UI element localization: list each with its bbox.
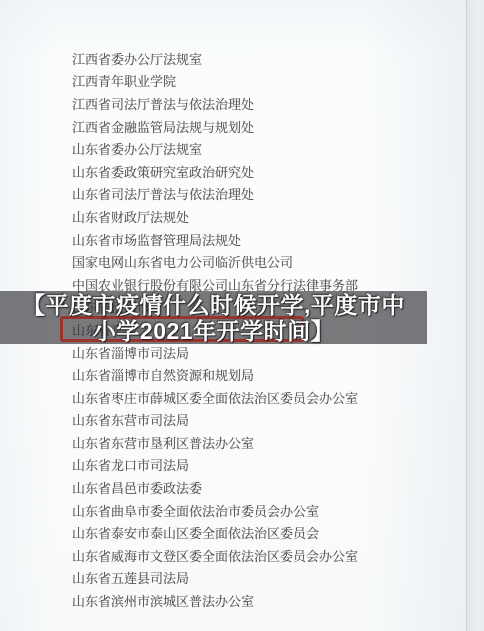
list-item: 山东省龙口市司法局 bbox=[72, 454, 452, 477]
list-item: 江西省司法厅普法与依法治理处 bbox=[72, 92, 452, 115]
list-item: 山东省昌邑市委政法委 bbox=[72, 476, 452, 499]
list-item: 山东省枣庄市薛城区委全面依法治区委员会办公室 bbox=[72, 386, 452, 409]
list-item: 山东省司法厅普法与依法治理处 bbox=[72, 183, 452, 206]
list-item: 山东省泰安市泰山区委全面依法治区委员会 bbox=[72, 521, 452, 544]
page-right-edge bbox=[466, 0, 484, 631]
list-item: 国家电网山东省电力公司临沂供电公司 bbox=[72, 250, 452, 273]
list-item: 江西省委办公厅法规室 bbox=[72, 47, 452, 70]
document-photo: 江西省委办公厅法规室江西青年职业学院江西省司法厅普法与依法治理处江西省金融监管局… bbox=[0, 0, 484, 631]
list-item: 山东省淄博市自然资源和规划局 bbox=[72, 363, 452, 386]
caption-line-1: 【平度市疫情什么时候开学,平度市中 bbox=[0, 292, 427, 318]
caption-overlay: 【平度市疫情什么时候开学,平度市中 小学2021年开学时间】 bbox=[0, 291, 427, 344]
list-item: 江西青年职业学院 bbox=[72, 70, 452, 93]
list-item: 山东省财政厅法规处 bbox=[72, 205, 452, 228]
list-item: 山东省曲阜市委全面依法治市委员会办公室 bbox=[72, 499, 452, 522]
list-item: 山东省东营市垦利区普法办公室 bbox=[72, 431, 452, 454]
list-item: 山东省滨州市滨城区普法办公室 bbox=[72, 589, 452, 612]
list-item: 山东省市场监督管理局法规处 bbox=[72, 228, 452, 251]
list-item: 山东省委办公厅法规室 bbox=[72, 137, 452, 160]
list-item: 江西省金融监管局法规与规划处 bbox=[72, 115, 452, 138]
caption-line-2: 小学2021年开学时间】 bbox=[0, 318, 427, 344]
list-item: 山东省威海市文登区委全面依法治区委员会办公室 bbox=[72, 544, 452, 567]
list-item: 山东省委政策研究室政治研究处 bbox=[72, 160, 452, 183]
list-item: 山东省淄博市司法局 bbox=[72, 341, 452, 364]
list-item: 山东省五莲县司法局 bbox=[72, 567, 452, 590]
list-item: 山东省东营市司法局 bbox=[72, 409, 452, 432]
